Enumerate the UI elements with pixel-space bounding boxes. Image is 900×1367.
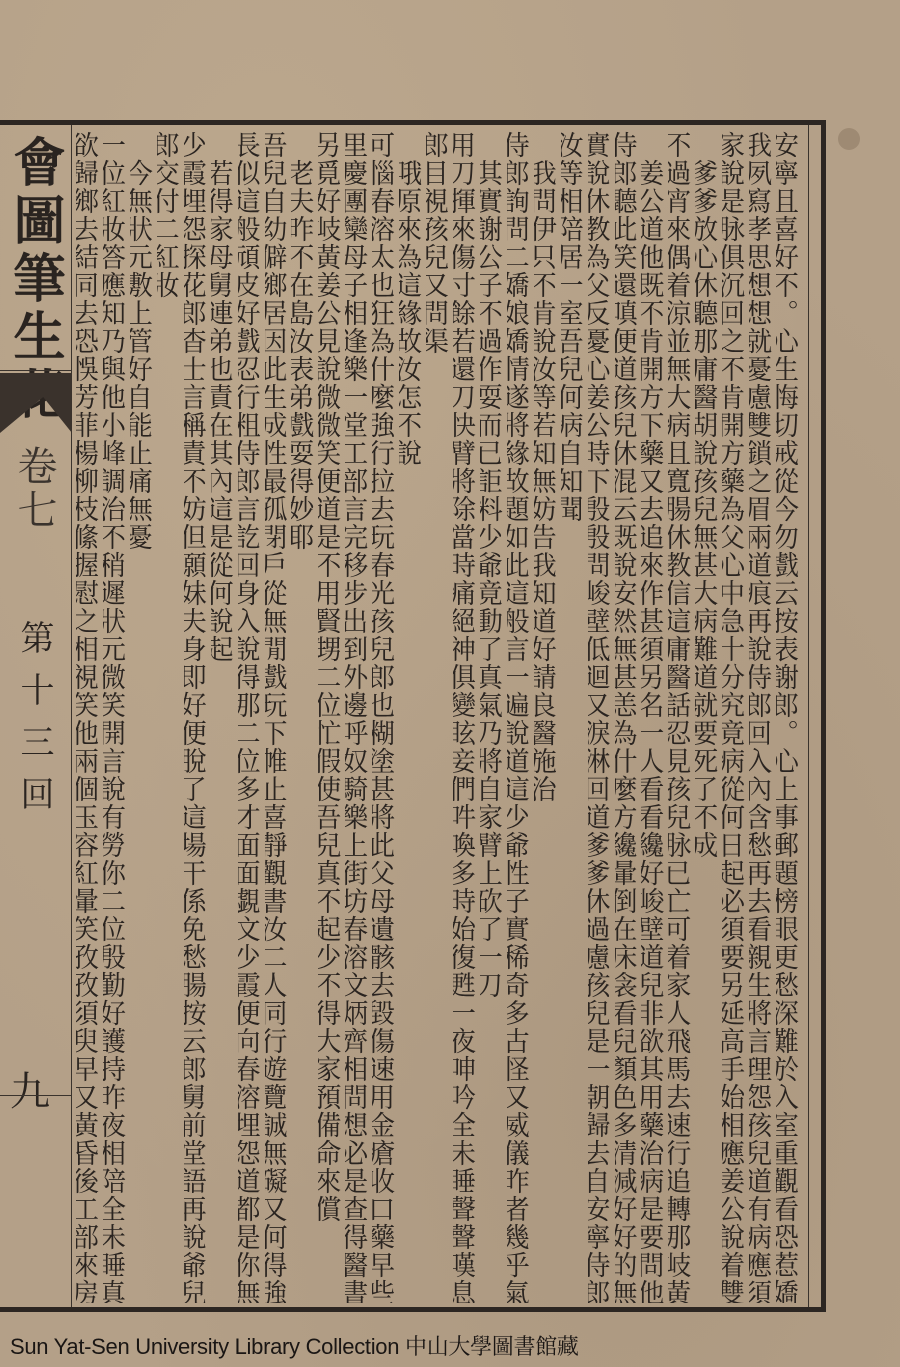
text-column: 我問伊只不肯說汝等若知無妨告我知道好請良醫施治	[534, 129, 561, 1303]
text-column: 侍郎聽此笑還嗔便道孩兒休混云既說安然無甚恙為什麼方纔暈倒在床衾看兒顏色多清減好好…	[615, 129, 642, 1303]
text-column: 老夫昨不在島汝表弟戲耍得妙耶	[291, 129, 318, 1303]
page-frame: 會圖筆生花 卷七 第十三回 九 安寧且喜好不。心生悔切戒從今勿戲云按表謝郎。心上…	[0, 120, 826, 1312]
text-column: 可惱春溶太也狂為什麼強行拉去玩春光孩兒郎也糊塗甚將此父母遺骸去毀傷速用金瘡收口藥…	[372, 129, 399, 1303]
text-column: 汝等相陪居一室吾兒何病自知聞	[561, 129, 588, 1303]
text-column: 爹爹放心休聽那庸醫胡說孩兒無甚大病難道就要死了不成	[695, 129, 722, 1303]
volume-label: 卷七	[6, 445, 63, 533]
title-divider	[0, 370, 72, 371]
collection-footer: Sun Yat-Sen University Library Collectio…	[10, 1330, 579, 1361]
text-column: 少霞埋怨探花郎杳士言稱責不妨但願妹夫身即好便脫了這場干係免愁腸按云郎舅前堂語再說…	[184, 129, 211, 1303]
text-column: 我夙寫孝思想想就憂慮雙鎖之眉兩道痕再說侍郎回入內含愁再去看親生將言理怨孩兒道有病…	[749, 129, 776, 1303]
text-column: 欲歸鄉去結同去恐悞芳菲楊柳枝絛握慰之相視笑他兩個玉容紅暈笑孜孜須臾早又黃昏後工部…	[76, 129, 103, 1303]
text-column: 家說是脉俱沉回之不肯開方藥為父心中急十分究竟病從何日起必須要另延高手始相應姜公說…	[722, 129, 749, 1303]
text-column: 若得家母舅連弟也責在其內這是從何說起	[211, 129, 238, 1303]
text-column: 吾兒自幼僻鄉居因此生成性最孤閉戶從無閒戲玩下帷止喜靜觀書汝二人同行遊覽誠無礙又何…	[265, 129, 292, 1303]
text-column: 郎目視孩兒又問渠	[426, 129, 453, 1303]
text-column: 今無狀元敷上管好自能止痛無憂	[130, 129, 157, 1303]
text-body: 安寧且喜好不。心生悔切戒從今勿戲云按表謝郎。心上事郵題榜眼更愁深難於入室重觀看恐…	[76, 129, 803, 1303]
text-column: 另覓好岐黃姜公見說微微笑便道是不用賢甥二位忙假使吾兒真不起少不得大家預備命來償	[318, 129, 345, 1303]
center-margin: 會圖筆生花 卷七 第十三回 九	[0, 125, 72, 1307]
text-column: 安寧且喜好不。心生悔切戒從今勿戲云按表謝郎。心上事郵題榜眼更愁深難於入室重觀看恐…	[776, 129, 803, 1303]
text-column: 其實謝公子不過作耍而已詎料少爺竟動了真氣乃將自家臂上砍了一刀	[480, 129, 507, 1303]
text-column: 侍郎詢問二嬌娘嬌情遂將緣故題如此這般言一遍說道這少爺性子實稀奇多古怪又威儀昨者幾…	[507, 129, 534, 1303]
text-column: 實說休教為父反憂心姜公時下殷殷問峻壁低迴又淚淋回道爹爹休過慮孩兒是一朝歸去自安寧…	[588, 129, 615, 1303]
page-number: 九	[10, 1060, 50, 1117]
text-column: 長似這般頑皮好戲忍行粗侍郎言訖回身入說得那二位多才面面覷文少霞便向春溶埋怨道都是…	[238, 129, 265, 1303]
text-column: 一位紅妝答應知乃與他小峰調治不稍遲狀元微笑開言說有勞你二位殷勤好護持昨夜相陪全未…	[103, 129, 130, 1303]
chapter-label: 第十三回	[10, 620, 59, 828]
text-column: 用刀揮來傷寸餘若還刀快臂將除當時痛絕神俱變眩妾們吽喚多時始復甦一夜呻吟全未睡聲聲…	[453, 129, 480, 1303]
text-column: 哦原來為這緣故汝怎不說	[399, 129, 426, 1303]
page-number-divider	[0, 1095, 72, 1096]
frame-inner-line	[808, 125, 809, 1307]
text-column: 姜公道他既不肯開方下藥又去追來作甚須另名一人看看纔好峻壁道兒非欲其用藥治病是要問…	[641, 129, 668, 1303]
text-column: 里慶團欒母子相逢樂一堂工部言完移步出到外邊呼奴騎樂上街坊春溶文炳齊相問想必是查得…	[345, 129, 372, 1303]
text-column: 郎交付二紅妝	[157, 129, 184, 1303]
text-column: 不過宵來偶着涼並無大病且寬腸休教信這庸醫話忍見孩兒脉已亡可着家人飛馬去速行追轉那…	[668, 129, 695, 1303]
paper-stain	[838, 128, 860, 150]
